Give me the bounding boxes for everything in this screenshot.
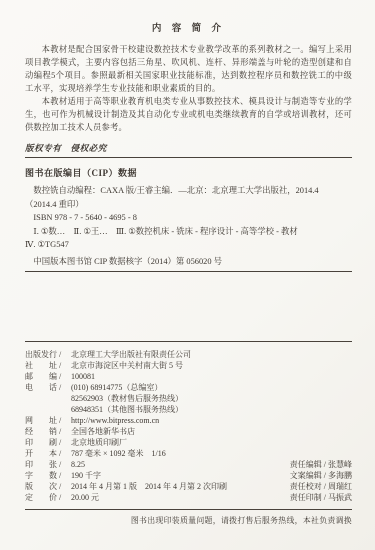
row-value: (010) 68914775（总编室）	[71, 382, 162, 393]
colophon-row-phone2: 82562903（教材售后服务热线）	[25, 393, 352, 404]
row-label: 版 次 /	[25, 481, 71, 492]
cip-entry-line2: （2014.4 重印）	[25, 198, 352, 212]
intro-paragraph-2: 本教材适用于高等职业教育机电类专业从事数控技术、模具设计与制造等专业的学生，也可…	[25, 95, 352, 134]
row-label: 定 价 /	[25, 492, 71, 503]
row-value: 8.25	[71, 459, 85, 470]
divider-above-colophon	[25, 341, 352, 342]
copy-editor: 文案编辑 / 多海鹏	[290, 470, 352, 481]
cip-record-number: 中国版本图书馆 CIP 数据核字（2014）第 056020 号	[25, 255, 352, 269]
intro-paragraph-1: 本教材是配合国家骨干校建设数控技术专业教学改革的系列教材之一。编写上采用项目教学…	[25, 43, 352, 95]
responsible-editor: 责任编辑 / 张慧峰	[290, 459, 352, 470]
cip-data-block: 数控铣自动编程：CAXA 版/王睿主编．—北京：北京理工大学出版社，2014.4…	[25, 184, 352, 268]
quality-exchange-note: 图书出现印装质量问题，请拨打售后服务热线，本社负责调换	[25, 515, 352, 526]
content-intro-section: 内 容 简 介 本教材是配合国家骨干校建设数控技术专业教学改革的系列教材之一。编…	[25, 20, 352, 134]
colophon-section: 出版发行 / 北京理工大学出版社有限责任公司 社 址 / 北京市海淀区中关村南大…	[25, 349, 352, 503]
colophon-row-price: 定 价 / 20.00 元 责任印制 / 马振武	[25, 492, 352, 503]
colophon-row-distribution: 经 销 / 全国各地新华书店	[25, 426, 352, 437]
colophon-row-phone3: 68948351（其他图书服务热线）	[25, 404, 352, 415]
row-value: 68948351（其他图书服务热线）	[71, 404, 183, 415]
divider-under-notice	[25, 157, 352, 158]
row-label: 印 刷 /	[25, 437, 71, 448]
row-value: 全国各地新华书店	[71, 426, 135, 437]
colophon-row-publisher: 出版发行 / 北京理工大学出版社有限责任公司	[25, 349, 352, 360]
row-label: 社 址 /	[25, 360, 71, 371]
row-value: 100081	[71, 371, 95, 382]
row-value: 190 千字	[71, 470, 101, 481]
cip-isbn: ISBN 978 - 7 - 5640 - 4695 - 8	[25, 211, 352, 225]
cip-classification-line2: Ⅳ. ①TG547	[25, 238, 352, 252]
row-value: 20.00 元	[71, 492, 99, 503]
row-value: 北京理工大学出版社有限责任公司	[71, 349, 191, 360]
row-label: 字 数 /	[25, 470, 71, 481]
cip-classification-line1: Ⅰ. ①数… Ⅱ. ①王… Ⅲ. ①数控机床 - 铣床 - 程序设计 - 高等学…	[25, 225, 352, 239]
colophon-row-address: 社 址 / 北京市海淀区中关村南大街 5 号	[25, 360, 352, 371]
colophon-row-sheets: 印 张 / 8.25 责任编辑 / 张慧峰	[25, 459, 352, 470]
row-value: 北京市海淀区中关村南大街 5 号	[71, 360, 183, 371]
print-supervisor: 责任印制 / 马振武	[290, 492, 352, 503]
divider-above-footer	[25, 509, 352, 510]
row-label: 出版发行 /	[25, 349, 71, 360]
row-value: 北京地质印刷厂	[71, 437, 127, 448]
intro-title: 内 容 简 介	[25, 20, 352, 34]
row-value: 82562903（教材售后服务热线）	[71, 393, 183, 404]
row-label: 电 话 /	[25, 382, 71, 393]
colophon-row-wordcount: 字 数 / 190 千字 文案编辑 / 多海鹏	[25, 470, 352, 481]
blank-gap	[25, 272, 352, 338]
proofreader: 责任校对 / 周瑞红	[290, 481, 352, 492]
cip-entry-line1: 数控铣自动编程：CAXA 版/王睿主编．—北京：北京理工大学出版社，2014.4	[25, 184, 352, 198]
row-value: http://www.bitpress.com.cn	[71, 415, 159, 426]
row-value: 787 毫米 × 1092 毫米 1/16	[71, 448, 166, 459]
row-label: 印 张 /	[25, 459, 71, 470]
colophon-row-format: 开 本 / 787 毫米 × 1092 毫米 1/16	[25, 448, 352, 459]
row-label: 经 销 /	[25, 426, 71, 437]
colophon-row-website: 网 址 / http://www.bitpress.com.cn	[25, 415, 352, 426]
colophon-row-phone: 电 话 / (010) 68914775（总编室）	[25, 382, 352, 393]
colophon-row-printer: 印 刷 / 北京地质印刷厂	[25, 437, 352, 448]
row-label: 网 址 /	[25, 415, 71, 426]
colophon-row-edition: 版 次 / 2014 年 4 月第 1 版 2014 年 4 月第 2 次印刷 …	[25, 481, 352, 492]
row-value: 2014 年 4 月第 1 版 2014 年 4 月第 2 次印刷	[71, 481, 227, 492]
cip-heading: 图书在版编目（CIP）数据	[25, 166, 352, 179]
colophon-row-postcode: 邮 编 / 100081	[25, 371, 352, 382]
row-label: 开 本 /	[25, 448, 71, 459]
copyright-page: 内 容 简 介 本教材是配合国家骨干校建设数控技术专业教学改革的系列教材之一。编…	[0, 0, 375, 550]
copyright-notice: 版权专有 侵权必究	[25, 142, 352, 154]
row-label: 邮 编 /	[25, 371, 71, 382]
